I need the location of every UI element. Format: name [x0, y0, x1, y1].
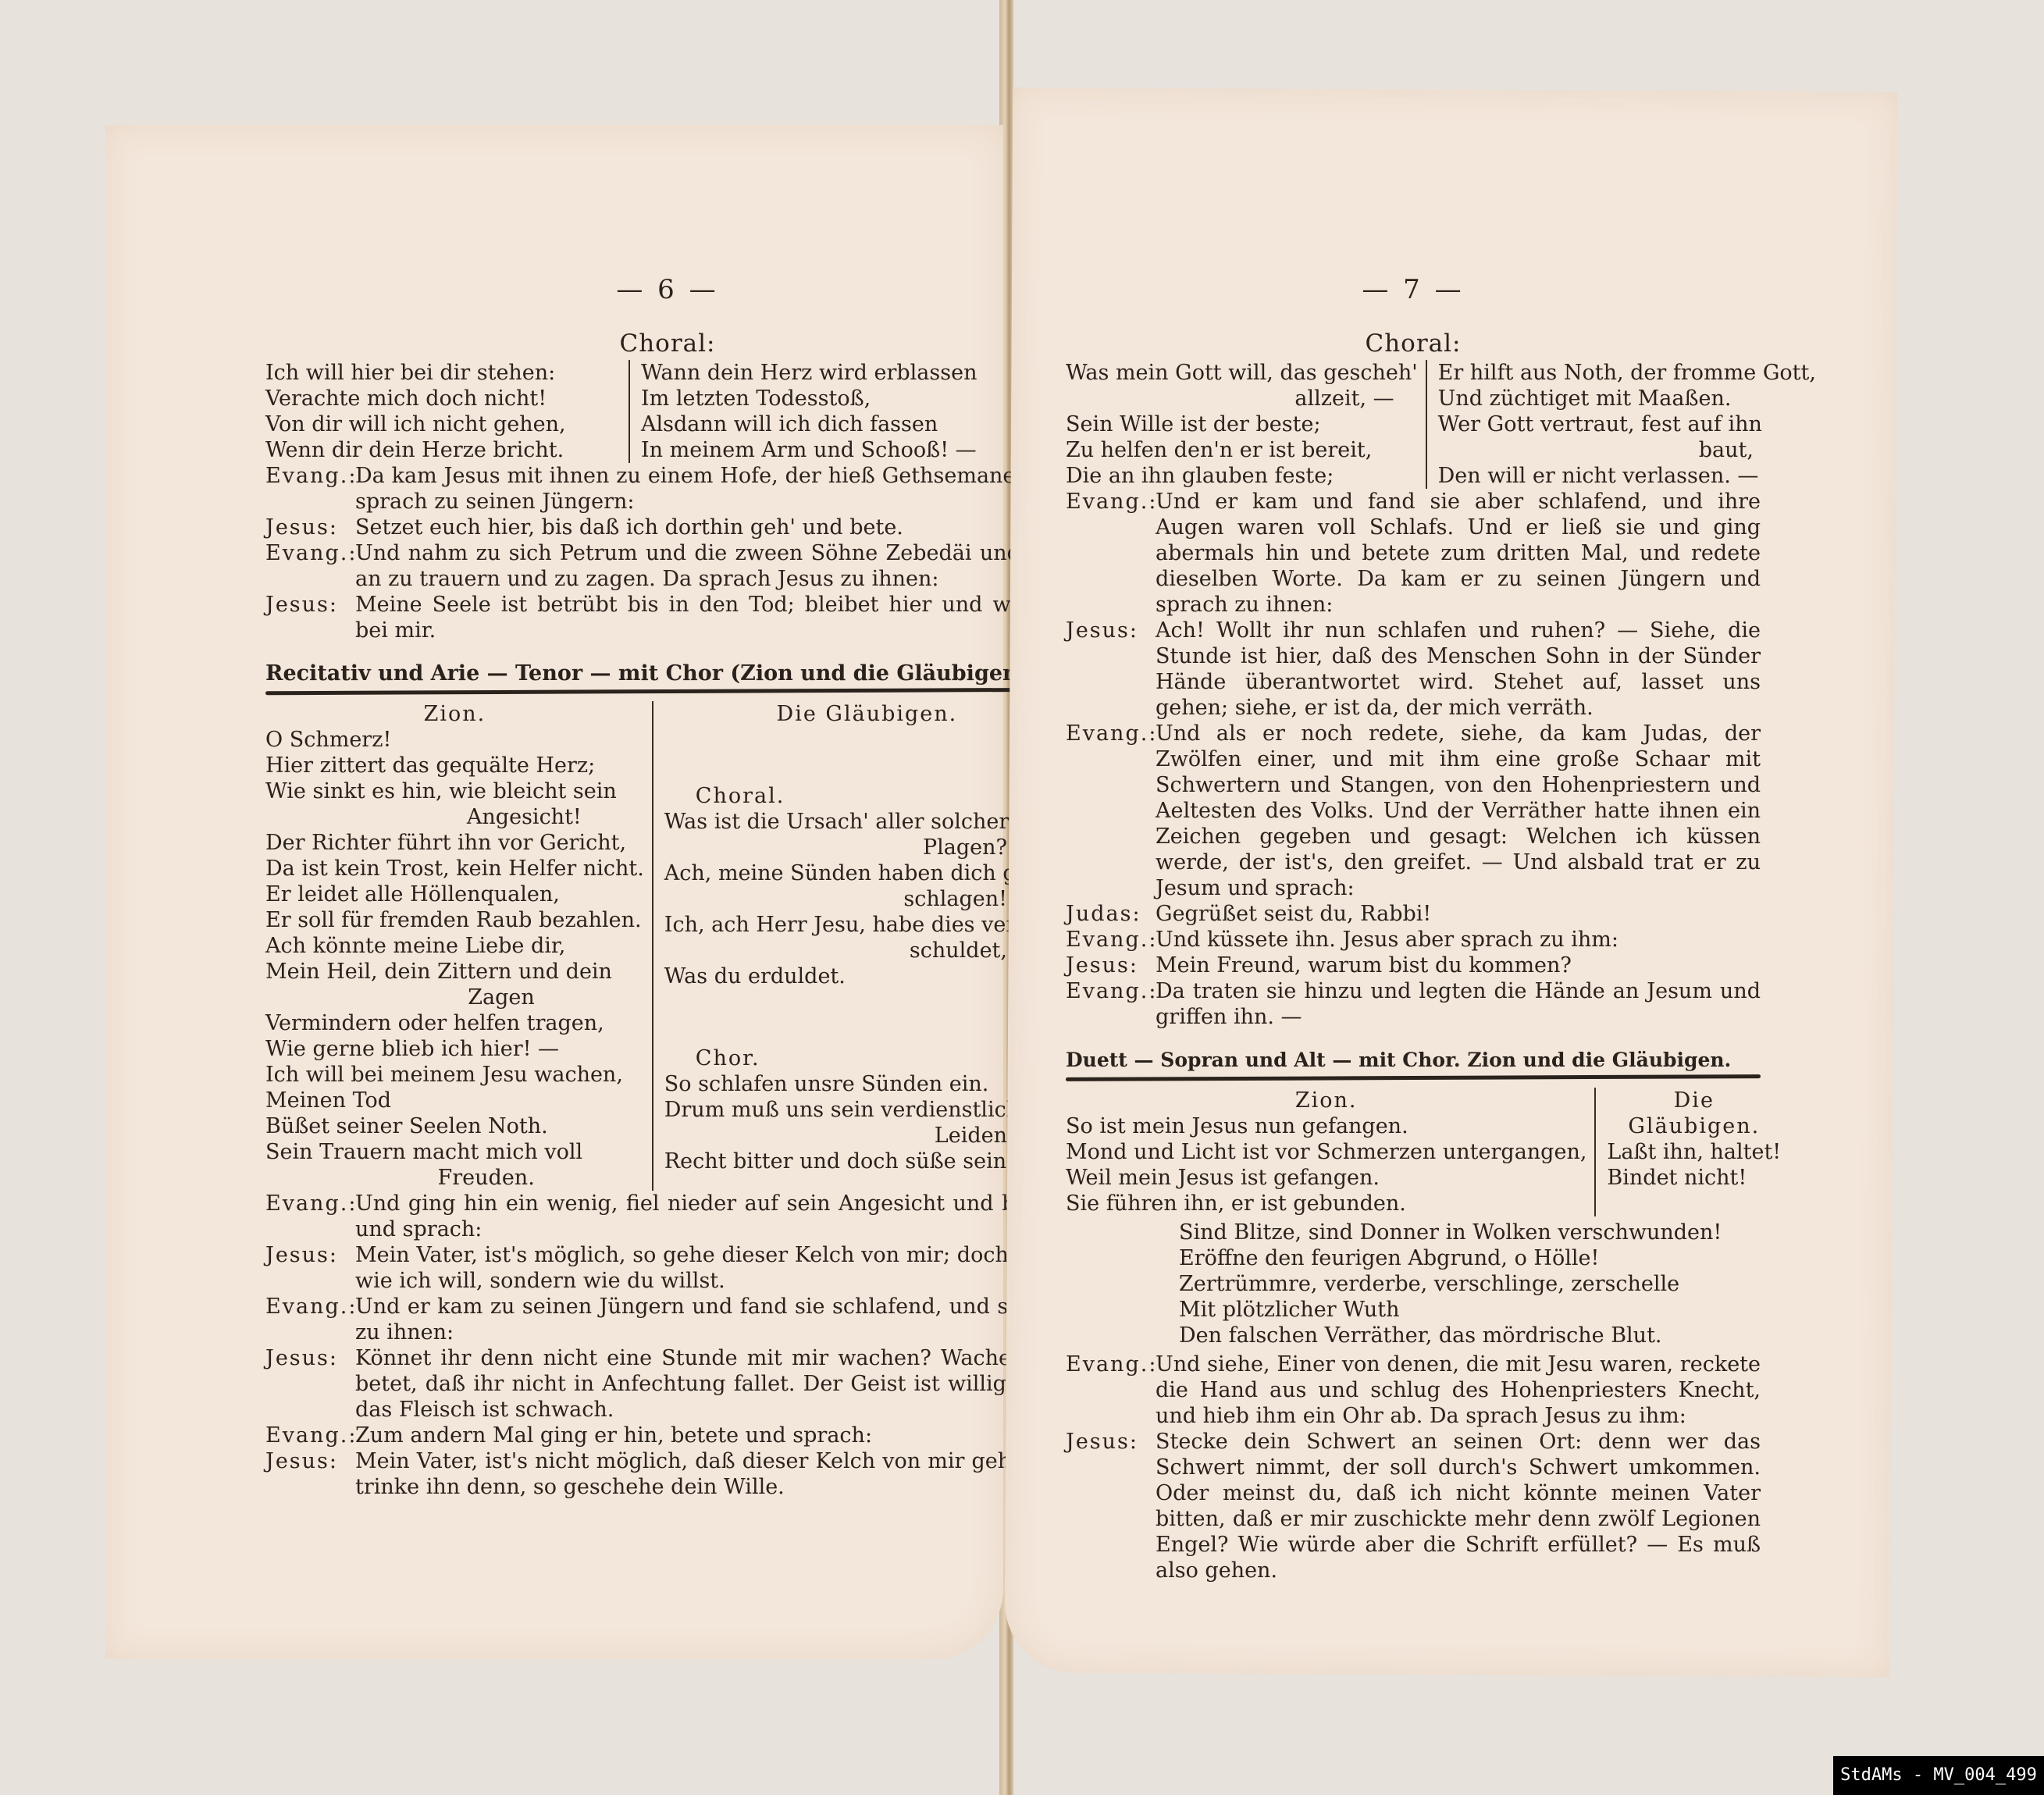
verse-line: Vermindern oder helfen tragen,: [265, 1010, 644, 1036]
chorus-block: Sind Blitze, sind Donner in Wolken versc…: [1066, 1220, 1761, 1348]
right-page-content: — 7 — Choral: Was mein Gott will, das ge…: [1066, 277, 1761, 1583]
verse-line: Wann dein Herz wird erblassen: [641, 360, 1070, 386]
verse-line: Angesicht!: [265, 804, 644, 830]
verse-line: Er leidet alle Höllenqualen,: [265, 881, 644, 907]
verse-line: Sind Blitze, sind Donner in Wolken versc…: [1179, 1220, 1761, 1245]
speech-text: Und siehe, Einer von denen, die mit Jesu…: [1156, 1352, 1761, 1429]
choral-verses: Was mein Gott will, das gescheh' allzeit…: [1066, 360, 1761, 489]
zion-glaeubigen-columns: Zion. So ist mein Jesus nun gefangen. Mo…: [1066, 1088, 1761, 1216]
speaker-label: Evang.:: [1066, 927, 1156, 953]
speech-text: Könnet ihr denn nicht eine Stunde mit mi…: [355, 1345, 1070, 1423]
speaker-label: Jesus:: [265, 1448, 355, 1500]
speaker-label: Evang.:: [265, 1294, 355, 1345]
verse-line: Verachte mich doch nicht!: [265, 386, 621, 411]
verse-line: Bindet nicht!: [1607, 1165, 1781, 1191]
speech-text: Und ging hin ein wenig, fiel nieder auf …: [355, 1191, 1070, 1242]
verse-line: Sie führen ihn, er ist gebunden.: [1066, 1191, 1586, 1216]
verse-line: Eröffne den feurigen Abgrund, o Hölle!: [1179, 1245, 1761, 1271]
verse-line: So ist mein Jesus nun gefangen.: [1066, 1113, 1586, 1139]
verse-line: Büßet seiner Seelen Noth.: [265, 1113, 644, 1139]
verse-line: Im letzten Todesstoß,: [641, 386, 1070, 411]
speaker-label: Jesus:: [1066, 618, 1156, 721]
verse-line: Sein Trauern macht mich voll: [265, 1139, 644, 1165]
speech-text: Da kam Jesus mit ihnen zu einem Hofe, de…: [355, 463, 1070, 515]
column-heading-zion: Zion.: [1066, 1088, 1586, 1113]
choral-heading: Choral:: [1066, 331, 1761, 357]
section-title: Duett — Sopran und Alt — mit Chor. Zion …: [1066, 1047, 1761, 1073]
section-rule: [1066, 1074, 1761, 1081]
verse-line: Laßt ihn, haltet!: [1607, 1139, 1781, 1165]
choral-verses: Ich will hier bei dir stehen: Verachte m…: [265, 360, 1070, 463]
verse-line: Er soll für fremden Raub bezahlen.: [265, 907, 644, 933]
dialogue: Evang.:Da kam Jesus mit ihnen zu einem H…: [265, 463, 1070, 643]
verse-line: Ich will bei meinem Jesu wachen,: [265, 1062, 644, 1088]
section-title: Recitativ und Arie — Tenor — mit Chor (Z…: [265, 661, 1070, 686]
speech-text: Da traten sie hinzu und legten die Hände…: [1156, 978, 1761, 1030]
verse-line: Weil mein Jesus ist gefangen.: [1066, 1165, 1586, 1191]
verse-line: Meinen Tod: [265, 1088, 644, 1113]
column-heading-glaeubigen: Die Gläubigen.: [1607, 1088, 1781, 1139]
speaker-label: Jesus:: [265, 1242, 355, 1294]
verse-line: Und züchtiget mit Maaßen.: [1438, 386, 1816, 411]
verse-line: Der Richter führt ihn vor Gericht,: [265, 830, 644, 856]
verse-line: Wie gerne blieb ich hier! —: [265, 1036, 644, 1062]
verse-line: O Schmerz!: [265, 727, 644, 753]
verse-line: Sein Wille ist der beste;: [1066, 411, 1418, 437]
speech-text: Und küssete ihn. Jesus aber sprach zu ih…: [1156, 927, 1761, 953]
speaker-label: Jesus:: [1066, 953, 1156, 978]
speech-text: Gegrüßet seist du, Rabbi!: [1156, 901, 1761, 927]
verse-line: Den falschen Verräther, das mördrische B…: [1179, 1323, 1761, 1348]
dialogue: Evang.:Und ging hin ein wenig, fiel nied…: [265, 1191, 1070, 1500]
verse-line: Er hilft aus Noth, der fromme Gott,: [1438, 360, 1816, 386]
verse-line: Da ist kein Trost, kein Helfer nicht.: [265, 856, 644, 881]
verse-line: Wie sinkt es hin, wie bleicht sein: [265, 778, 644, 804]
verse-line: Ach könnte meine Liebe dir,: [265, 933, 644, 959]
speaker-label: Jesus:: [265, 1345, 355, 1423]
verse-line: Den will er nicht verlassen. —: [1438, 463, 1816, 489]
left-page-content: — 6 — Choral: Ich will hier bei dir steh…: [265, 277, 1070, 1500]
speech-text: Setzet euch hier, bis daß ich dorthin ge…: [355, 515, 1070, 540]
verse-line: allzeit, —: [1066, 386, 1418, 411]
speaker-label: Evang.:: [265, 1423, 355, 1448]
zion-glaeubigen-columns: Zion. O Schmerz! Hier zittert das gequäl…: [265, 701, 1070, 1191]
verse-line: Mit plötzlicher Wuth: [1179, 1297, 1761, 1323]
dialogue: Evang.:Und er kam und fand sie aber schl…: [1066, 489, 1761, 1030]
speaker-label: Evang.:: [265, 1191, 355, 1242]
speech-text: Zum andern Mal ging er hin, betete und s…: [355, 1423, 1070, 1448]
verse-line: Ich will hier bei dir stehen:: [265, 360, 621, 386]
speech-text: Und er kam und fand sie aber schlafend, …: [1156, 489, 1761, 618]
speaker-label: Evang.:: [1066, 489, 1156, 618]
choral-heading: Choral:: [265, 331, 1070, 357]
verse-line: baut,: [1438, 437, 1816, 463]
verse-line: Was mein Gott will, das gescheh': [1066, 360, 1418, 386]
speaker-label: Evang.:: [265, 540, 355, 592]
verse-line: Zu helfen den'n er ist bereit,: [1066, 437, 1418, 463]
speech-text: Und als er noch redete, siehe, da kam Ju…: [1156, 721, 1761, 901]
verse-line: Freuden.: [265, 1165, 644, 1191]
speaker-label: Jesus:: [265, 515, 355, 540]
speaker-label: Evang.:: [265, 463, 355, 515]
dialogue: Evang.:Und siehe, Einer von denen, die m…: [1066, 1352, 1761, 1583]
speaker-label: Jesus:: [265, 592, 355, 643]
verse-line: Mond und Licht ist vor Schmerzen unterga…: [1066, 1139, 1586, 1165]
verse-line: Zagen: [265, 985, 644, 1010]
verse-line: Wer Gott vertraut, fest auf ihn: [1438, 411, 1816, 437]
page-number: — 7 —: [1066, 277, 1761, 303]
speech-text: Meine Seele ist betrübt bis in den Tod; …: [355, 592, 1070, 643]
page-number: — 6 —: [265, 277, 1070, 303]
column-heading-zion: Zion.: [265, 701, 644, 727]
verse-line: Wenn dir dein Herze bricht.: [265, 437, 621, 463]
verse-line: Mein Heil, dein Zittern und dein: [265, 959, 644, 985]
speech-text: Ach! Wollt ihr nun schlafen und ruhen? —…: [1156, 618, 1761, 721]
speech-text: Mein Vater, ist's möglich, so gehe diese…: [355, 1242, 1070, 1294]
speaker-label: Evang.:: [1066, 721, 1156, 901]
verse-line: Von dir will ich nicht gehen,: [265, 411, 621, 437]
verse-line: Hier zittert das gequälte Herz;: [265, 753, 644, 778]
verse-line: Alsdann will ich dich fassen: [641, 411, 1070, 437]
speaker-label: Evang.:: [1066, 1352, 1156, 1429]
speaker-label: Judas:: [1066, 901, 1156, 927]
archive-label: StdAMs - MV_004_499: [1833, 1756, 2044, 1795]
speaker-label: Evang.:: [1066, 978, 1156, 1030]
speech-text: Und er kam zu seinen Jüngern und fand si…: [355, 1294, 1070, 1345]
section-rule: [265, 688, 1070, 695]
speech-text: Mein Freund, warum bist du kommen?: [1156, 953, 1761, 978]
verse-line: Zertrümmre, verderbe, verschlinge, zersc…: [1179, 1271, 1761, 1297]
speech-text: Mein Vater, ist's nicht möglich, daß die…: [355, 1448, 1070, 1500]
verse-line: In meinem Arm und Schooß! —: [641, 437, 1070, 463]
verse-line: Die an ihn glauben feste;: [1066, 463, 1418, 489]
speaker-label: Jesus:: [1066, 1429, 1156, 1583]
speech-text: Stecke dein Schwert an seinen Ort: denn …: [1156, 1429, 1761, 1583]
speech-text: Und nahm zu sich Petrum und die zween Sö…: [355, 540, 1070, 592]
